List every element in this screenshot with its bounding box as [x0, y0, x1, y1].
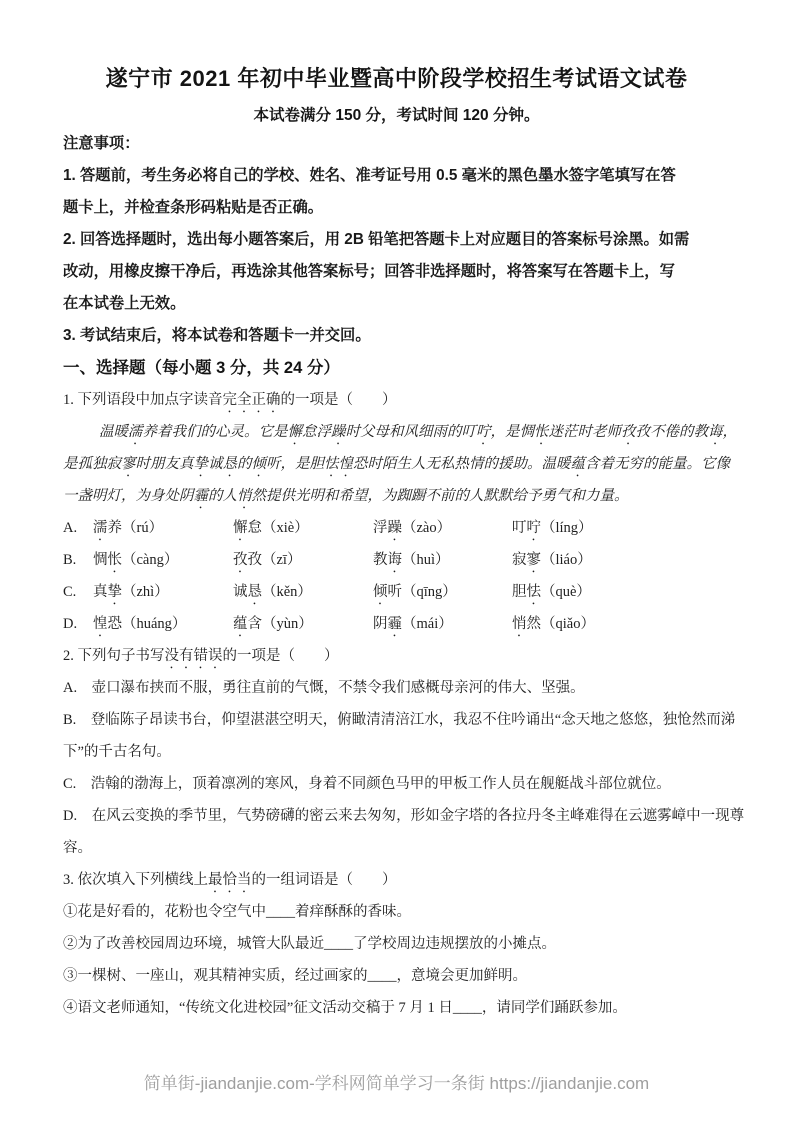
watermark-footer: 简单街-jiandanjie.com-学科网简单学习一条街 https://ji…: [0, 1074, 793, 1094]
notice-line: 在本试卷上无效。: [63, 288, 730, 320]
emphasis-dotted-text: 霾: [388, 616, 403, 632]
question-3-item-4: ④语文老师通知，“传统文化进校园”征文活动交稿于 7 月 1 日____，请同学…: [63, 992, 730, 1024]
question-2: 2. 下列句子书写没有错误的一项是（ ） A. 壶口瀑布挟而不服，勇往直前的气慨…: [63, 640, 730, 864]
question-1: 1. 下列语段中加点字读音完全正确的一项是（ ） 温暖濡养着我们的心灵。它是懈怠…: [63, 384, 730, 640]
section-heading-choice-questions: 一、选择题（每小题 3 分，共 24 分）: [63, 352, 730, 384]
notice-line: 题卡上，并检查条形码粘贴是否正确。: [63, 192, 730, 224]
option-item: 浮躁（zào）: [373, 512, 512, 544]
emphasis-dotted-text: 懈: [288, 424, 303, 440]
emphasis-dotted-text: 挚: [194, 456, 209, 472]
option-item: 真挚（zhì）: [93, 576, 233, 608]
emphasis-dotted-text: 挚: [108, 584, 123, 600]
option-item: 濡养（rú）: [93, 512, 233, 544]
option-label: C.: [63, 576, 93, 608]
emphasis-dotted-text: 恳: [248, 584, 263, 600]
option-item: 蕴含（yùn）: [233, 608, 373, 640]
passage-line: 温暖濡养着我们的心灵。它是懈怠浮躁时父母和风细雨的叮咛，是惆怅迷茫时老师孜孜不倦…: [63, 416, 730, 448]
question-3-item-1: ①花是好看的，花粉也令空气中____着痒酥酥的香味。: [63, 896, 730, 928]
question-1-stem: 1. 下列语段中加点字读音完全正确的一项是（ ）: [63, 384, 730, 416]
emphasis-dotted-text: 悄: [237, 488, 252, 504]
emphasis-dotted-text: 咛: [476, 424, 491, 440]
exam-paper-page: 遂宁市 2021 年初中毕业暨高中阶段学校招生考试语文试卷 本试卷满分 150 …: [0, 0, 793, 1122]
emphasis-dotted-text: 躁: [331, 424, 346, 440]
emphasis-dotted-text: 倾: [252, 456, 267, 472]
emphasis-dotted-text: 寥: [527, 552, 542, 568]
notice-line: 3. 考试结束后，将本试卷和答题卡一并交回。: [63, 320, 730, 352]
question-3-stem: 3. 依次填入下列横线上最恰当的一组词语是（ ）: [63, 864, 730, 896]
question-3: 3. 依次填入下列横线上最恰当的一组词语是（ ） ①花是好看的，花粉也令空气中_…: [63, 864, 730, 1024]
option-item: 阴霾（mái）: [373, 608, 512, 640]
emphasis-dotted-text: 倾: [373, 584, 388, 600]
emphasis-dotted-text: 悄: [512, 616, 527, 632]
notice-heading: 注意事项：: [63, 128, 730, 160]
question-3-item-2: ②为了改善校园周边环境，城管大队最近____了学校周边违规摆放的小摊点。: [63, 928, 730, 960]
page-subtitle: 本试卷满分 150 分，考试时间 120 分钟。: [63, 104, 730, 128]
question-2-option-d-continued: 容。: [63, 832, 730, 864]
emphasis-dotted-text: 诲: [388, 552, 403, 568]
emphasis-dotted-text: 怅: [108, 552, 123, 568]
question-2-stem: 2. 下列句子书写没有错误的一项是（ ）: [63, 640, 730, 672]
question-1-option-row-b: B. 惆怅（càng） 孜孜（zī） 教诲（huì） 寂寥（liáo）: [63, 544, 730, 576]
page-title: 遂宁市 2021 年初中毕业暨高中阶段学校招生考试语文试卷: [63, 62, 730, 96]
option-label: B.: [63, 544, 93, 576]
question-2-option-b: B. 登临陈子昂读书台，仰望湛湛空明天，俯瞰清清涪江水，我忍不住吟诵出“念天地之…: [63, 704, 730, 736]
option-label: D.: [63, 608, 93, 640]
notice-line: 改动，用橡皮擦干净后，再选涂其他答案标号；回答非选择题时，将答案写在答题卡上，写: [63, 256, 730, 288]
notice-item-1: 1. 答题前，考生务必将自己的学校、姓名、准考证号用 0.5 毫米的黑色墨水签字…: [63, 160, 730, 224]
emphasis-dotted-text: 恳: [223, 456, 238, 472]
question-3-item-3: ③一棵树、一座山，观其精神实质，经过画家的____，意境会更加鲜明。: [63, 960, 730, 992]
emphasis-dotted-text: 怅: [534, 424, 549, 440]
option-item: 倾听（qīng）: [373, 576, 512, 608]
question-1-option-row-d: D. 惶恐（huáng） 蕴含（yùn） 阴霾（mái） 悄然（qiǎo）: [63, 608, 730, 640]
option-item: 教诲（huì）: [373, 544, 512, 576]
question-1-passage: 温暖濡养着我们的心灵。它是懈怠浮躁时父母和风细雨的叮咛，是惆怅迷茫时老师孜孜不倦…: [63, 416, 730, 512]
emphasis-dotted-text: 孜: [233, 552, 248, 568]
notice-line: 1. 答题前，考生务必将自己的学校、姓名、准考证号用 0.5 毫米的黑色墨水签字…: [63, 160, 730, 192]
passage-line: 是孤独寂寥时朋友真挚诚恳的倾听，是胆怯惶恐时陌生人无私热情的援助。温暖蕴含着无穷…: [63, 448, 730, 480]
question-1-option-row-a: A. 濡养（rú） 懈怠（xiè） 浮躁（zào） 叮咛（líng）: [63, 512, 730, 544]
emphasis-dotted-text: 怯: [527, 584, 542, 600]
notice-section: 注意事项： 1. 答题前，考生务必将自己的学校、姓名、准考证号用 0.5 毫米的…: [63, 128, 730, 352]
emphasis-dotted-text: 霾: [194, 488, 209, 504]
option-item: 叮咛（líng）: [512, 512, 730, 544]
notice-item-3: 3. 考试结束后，将本试卷和答题卡一并交回。: [63, 320, 730, 352]
emphasis-dotted-text: 蕴: [571, 456, 586, 472]
question-2-option-b-continued: 下”的千古名句。: [63, 736, 730, 768]
emphasis-dotted-text: 孜: [621, 424, 636, 440]
emphasis-dotted-text: 躁: [388, 520, 403, 536]
emphasis-dotted-text: 最恰当: [208, 872, 252, 888]
emphasis-dotted-text: 完全正确: [223, 392, 281, 408]
question-1-option-row-c: C. 真挚（zhì） 诚恳（kěn） 倾听（qīng） 胆怯（què）: [63, 576, 730, 608]
question-2-option-a: A. 壶口瀑布挟而不服，勇往直前的气慨，不禁令我们感概母亲河的伟大、坚强。: [63, 672, 730, 704]
emphasis-dotted-text: 咛: [527, 520, 542, 536]
option-label: A.: [63, 512, 93, 544]
option-item: 寂寥（liáo）: [512, 544, 730, 576]
emphasis-dotted-text: 濡: [93, 520, 108, 536]
option-item: 胆怯（què）: [512, 576, 730, 608]
option-item: 惶恐（huáng）: [93, 608, 233, 640]
emphasis-dotted-text: 惶: [93, 616, 108, 632]
option-item: 懈怠（xiè）: [233, 512, 373, 544]
option-item: 惆怅（càng）: [93, 544, 233, 576]
notice-line: 2. 回答选择题时，选出每小题答案后，用 2B 铅笔把答题卡上对应题目的答案标号…: [63, 224, 730, 256]
question-2-option-c: C. 浩翰的渤海上，顶着凛冽的寒风，身着不同颜色马甲的甲板工作人员在舰艇战斗部位…: [63, 768, 730, 800]
emphasis-dotted-text: 寥: [121, 456, 136, 472]
emphasis-dotted-text: 濡: [128, 424, 143, 440]
emphasis-dotted-text: 没有错误: [165, 648, 223, 664]
emphasis-dotted-text: 蕴: [233, 616, 248, 632]
option-item: 诚恳（kěn）: [233, 576, 373, 608]
emphasis-dotted-text: 怯: [324, 456, 339, 472]
emphasis-dotted-text: 惶: [339, 456, 354, 472]
notice-item-2: 2. 回答选择题时，选出每小题答案后，用 2B 铅笔把答题卡上对应题目的答案标号…: [63, 224, 730, 320]
passage-line: 一盏明灯，为身处阴霾的人悄然提供光明和希望，为踟蹰不前的人默默给予勇气和力量。: [63, 480, 730, 512]
option-item: 悄然（qiǎo）: [512, 608, 730, 640]
emphasis-dotted-text: 诲: [708, 424, 723, 440]
option-item: 孜孜（zī）: [233, 544, 373, 576]
emphasis-dotted-text: 懈: [233, 520, 248, 536]
question-2-option-d: D. 在风云变换的季节里，气势磅礴的密云来去匆匆，形如金字塔的各拉丹冬主峰难得在…: [63, 800, 730, 832]
